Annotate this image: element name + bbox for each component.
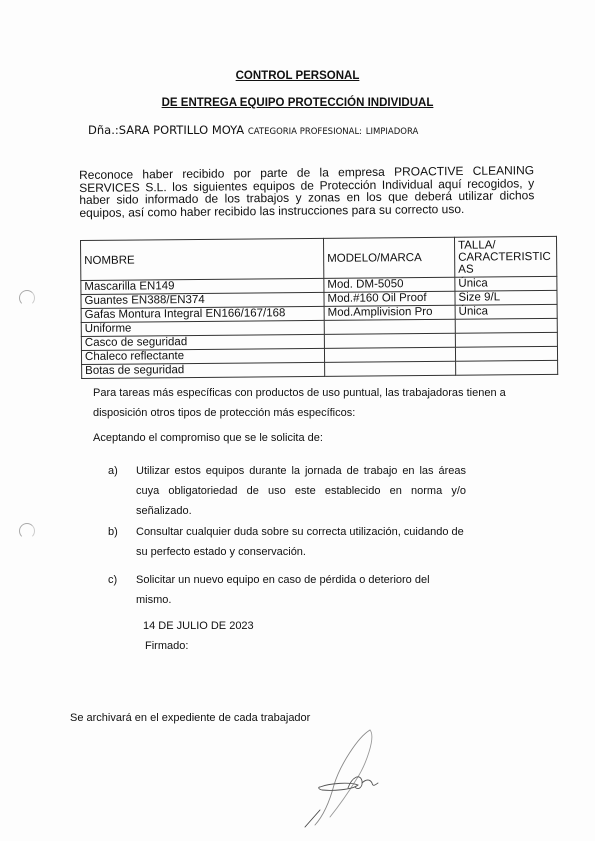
punch-hole-mark xyxy=(19,290,35,306)
cell-modelo xyxy=(324,319,455,334)
handwritten-signature xyxy=(300,725,410,830)
cell-talla: Única xyxy=(455,276,557,291)
employee-line: Dña.:SARA PORTILLO MOYA CATEGORIA PROFES… xyxy=(88,123,418,137)
cell-modelo xyxy=(325,361,456,376)
cell-talla xyxy=(455,318,557,333)
document-subtitle: DE ENTREGA EQUIPO PROTECCIÓN INDIVIDUAL xyxy=(0,97,595,109)
holder-prefix: Dña.: xyxy=(88,123,119,137)
list-marker: c) xyxy=(108,570,117,590)
category-value: LIMPIADORA xyxy=(366,127,419,137)
cell-talla: Única xyxy=(455,304,557,319)
specific-protection-note: Para tareas más específicas con producto… xyxy=(93,383,513,423)
list-marker: a) xyxy=(108,461,118,481)
employee-name: SARA PORTILLO MOYA xyxy=(119,123,244,137)
commitment-text: Consultar cualquier duda sobre su correc… xyxy=(136,522,466,562)
cell-modelo xyxy=(324,347,455,362)
cell-modelo: Mod.Amplivision Pro xyxy=(324,305,455,320)
list-marker: b) xyxy=(108,522,118,542)
cell-modelo: Mod. DM-5050 xyxy=(324,277,455,292)
commitment-text: Utilizar estos equipos durante la jornad… xyxy=(136,461,466,521)
accept-commitment-text: Aceptando el compromiso que se le solici… xyxy=(93,432,323,444)
cell-talla xyxy=(456,360,558,375)
cell-nombre: Botas de seguridad xyxy=(82,362,325,378)
document-date: 14 DE JULIO DE 2023 xyxy=(143,620,254,632)
category-label: CATEGORIA PROFESIONAL: xyxy=(248,127,362,137)
cell-modelo xyxy=(324,333,455,348)
cell-talla xyxy=(455,346,557,361)
header-modelo: MODELO/MARCA xyxy=(323,237,454,278)
commitment-text: Solicitar un nuevo equipo en caso de pér… xyxy=(136,570,466,610)
header-talla: TALLA/ CARACTERISTIC AS xyxy=(454,236,556,277)
table-header-row: NOMBRE MODELO/MARCA TALLA/ CARACTERISTIC… xyxy=(81,236,557,280)
intro-paragraph: Reconoce haber recibido por parte de la … xyxy=(79,164,534,219)
cell-talla xyxy=(455,332,557,347)
cell-modelo: Mod.#160 Oil Proof xyxy=(324,291,455,306)
punch-hole-mark xyxy=(19,523,35,539)
cell-talla: Size 9/L xyxy=(455,290,557,305)
signed-label: Firmado: xyxy=(145,640,188,652)
ppe-table: NOMBRE MODELO/MARCA TALLA/ CARACTERISTIC… xyxy=(80,236,558,379)
document-title: CONTROL PERSONAL xyxy=(0,70,595,82)
archive-note: Se archivará en el expediente de cada tr… xyxy=(70,712,310,724)
header-nombre: NOMBRE xyxy=(81,238,324,280)
